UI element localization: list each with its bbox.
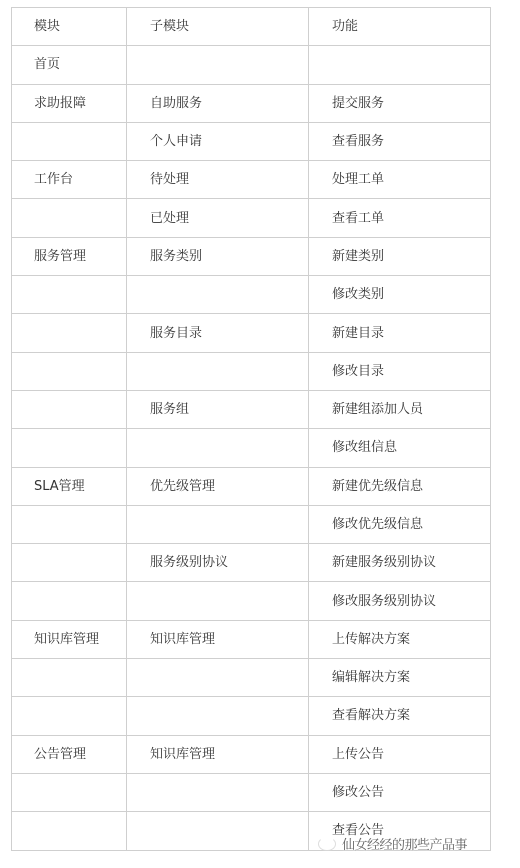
- table-row: 服务目录 新建目录: [12, 314, 491, 352]
- cell-module: 工作台: [12, 161, 127, 199]
- cell-module: [12, 697, 127, 735]
- cell-submodule: 自助服务: [127, 84, 309, 122]
- cell-module: 求助报障: [12, 84, 127, 122]
- table-row: 公告管理 知识库管理 上传公告: [12, 735, 491, 773]
- cell-module: [12, 352, 127, 390]
- cell-submodule: [127, 659, 309, 697]
- cell-module: [12, 773, 127, 811]
- cell-function: 修改公告: [309, 773, 491, 811]
- cell-module: 公告管理: [12, 735, 127, 773]
- cell-function: 编辑解决方案: [309, 659, 491, 697]
- table-row: 首页: [12, 46, 491, 84]
- cell-function: 新建服务级别协议: [309, 544, 491, 582]
- cell-function: 新建组添加人员: [309, 390, 491, 428]
- cell-module: [12, 505, 127, 543]
- cell-function: 新建目录: [309, 314, 491, 352]
- cell-submodule: 知识库管理: [127, 735, 309, 773]
- cell-submodule: [127, 582, 309, 620]
- cell-module: [12, 659, 127, 697]
- table-row: 个人申请 查看服务: [12, 122, 491, 160]
- table-row: 编辑解决方案: [12, 659, 491, 697]
- cell-function: [309, 46, 491, 84]
- cell-function: 查看工单: [309, 199, 491, 237]
- cell-module: [12, 276, 127, 314]
- cell-function: 查看解决方案: [309, 697, 491, 735]
- cell-submodule: 知识库管理: [127, 620, 309, 658]
- cell-submodule: 服务级别协议: [127, 544, 309, 582]
- cell-function: 提交服务: [309, 84, 491, 122]
- cell-function: 上传公告: [309, 735, 491, 773]
- table-row: 服务组 新建组添加人员: [12, 390, 491, 428]
- table-row: 修改服务级别协议: [12, 582, 491, 620]
- table-row: 修改组信息: [12, 429, 491, 467]
- cell-submodule: 服务组: [127, 390, 309, 428]
- table-header-row: 模块 子模块 功能: [12, 8, 491, 46]
- cell-module: [12, 544, 127, 582]
- cell-function: 修改优先级信息: [309, 505, 491, 543]
- table-row: 知识库管理 知识库管理 上传解决方案: [12, 620, 491, 658]
- cell-submodule: [127, 812, 309, 850]
- header-submodule: 子模块: [127, 8, 309, 46]
- cell-submodule: 服务类别: [127, 237, 309, 275]
- cell-function: 处理工单: [309, 161, 491, 199]
- cell-module: [12, 199, 127, 237]
- table-row: 修改类别: [12, 276, 491, 314]
- table-row: SLA管理 优先级管理 新建优先级信息: [12, 467, 491, 505]
- cell-submodule: [127, 276, 309, 314]
- table-row: 求助报障 自助服务 提交服务: [12, 84, 491, 122]
- header-module: 模块: [12, 8, 127, 46]
- cell-submodule: 已处理: [127, 199, 309, 237]
- cell-submodule: 个人申请: [127, 122, 309, 160]
- cell-submodule: [127, 352, 309, 390]
- cell-submodule: 服务目录: [127, 314, 309, 352]
- cell-module: [12, 122, 127, 160]
- cell-function: 修改目录: [309, 352, 491, 390]
- cell-function: 修改组信息: [309, 429, 491, 467]
- cell-module: [12, 390, 127, 428]
- module-function-table: 模块 子模块 功能 首页 求助报障 自助服务 提交服务 个人申请 查看服务 工作…: [11, 7, 491, 851]
- table-row: 已处理 查看工单: [12, 199, 491, 237]
- table-row: 修改公告: [12, 773, 491, 811]
- cell-function: 修改类别: [309, 276, 491, 314]
- cell-module: 服务管理: [12, 237, 127, 275]
- cell-function: 修改服务级别协议: [309, 582, 491, 620]
- table-row: 修改优先级信息: [12, 505, 491, 543]
- watermark-text: 仙女经经的那些产品事: [342, 834, 467, 853]
- table-row: 修改目录: [12, 352, 491, 390]
- wechat-logo-icon: [318, 837, 336, 851]
- table-row: 服务级别协议 新建服务级别协议: [12, 544, 491, 582]
- cell-submodule: [127, 697, 309, 735]
- cell-submodule: [127, 429, 309, 467]
- cell-function: 上传解决方案: [309, 620, 491, 658]
- cell-function: 查看服务: [309, 122, 491, 160]
- cell-module: [12, 429, 127, 467]
- header-function: 功能: [309, 8, 491, 46]
- cell-submodule: 优先级管理: [127, 467, 309, 505]
- cell-module: [12, 582, 127, 620]
- cell-module: 首页: [12, 46, 127, 84]
- cell-submodule: [127, 505, 309, 543]
- cell-submodule: [127, 46, 309, 84]
- cell-submodule: 待处理: [127, 161, 309, 199]
- cell-module: SLA管理: [12, 467, 127, 505]
- cell-function: 新建类别: [309, 237, 491, 275]
- table-row: 查看解决方案: [12, 697, 491, 735]
- cell-module: [12, 812, 127, 850]
- table-row: 工作台 待处理 处理工单: [12, 161, 491, 199]
- watermark: 仙女经经的那些产品事: [318, 834, 467, 853]
- cell-function: 新建优先级信息: [309, 467, 491, 505]
- table-row: 服务管理 服务类别 新建类别: [12, 237, 491, 275]
- cell-module: 知识库管理: [12, 620, 127, 658]
- cell-module: [12, 314, 127, 352]
- cell-submodule: [127, 773, 309, 811]
